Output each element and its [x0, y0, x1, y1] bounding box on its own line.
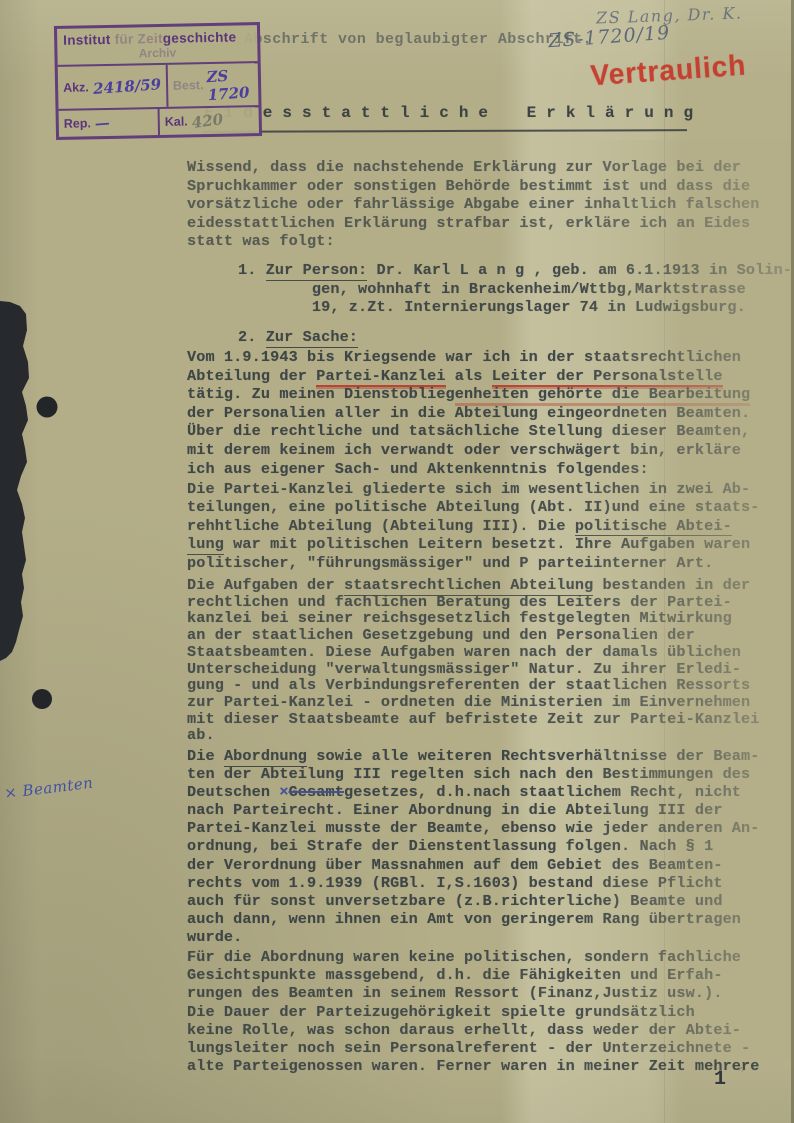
ink-blot — [0, 301, 29, 661]
typed-line: auch dann, wenn ihnen ein Amt von gering… — [187, 910, 760, 928]
para-taetigkeit: Vom 1.9.1943 bis Kriegsende war ich in d… — [187, 348, 750, 478]
typed-line: Vom 1.9.1943 bis Kriegsende war ich in d… — [187, 348, 750, 367]
typed-line: zur Partei-Kanzlei - ordneten die Minist… — [187, 694, 760, 711]
typed-line: Die Abordnung sowie alle weiteren Rechts… — [187, 747, 760, 765]
typed-line: Die Aufgaben der staatsrechtlichen Abtei… — [187, 577, 760, 594]
title-underline — [203, 129, 687, 133]
typed-line: lung war mit politischen Leitern besetzt… — [187, 535, 760, 553]
typed-line: rungen des Beamten in seinem Ressort (Fi… — [187, 984, 760, 1002]
typed-line: Über die rechtliche und tatsächliche Ste… — [187, 422, 750, 441]
typed-line: gung - und als Verbindungsreferenten der… — [187, 677, 760, 694]
para-abordnung: Die Abordnung sowie alle weiteren Rechts… — [187, 747, 760, 946]
handwritten-file-number: ZS-1720/19 — [547, 22, 671, 52]
typed-line: Die Dauer der Parteizugehörigkeit spielt… — [187, 1003, 760, 1021]
kal-cell: Kal. 420 — [158, 107, 259, 135]
best-label: Best. — [173, 78, 204, 93]
typed-line: Staatsbeamten. Diese Aufgaben waren nach… — [187, 644, 760, 661]
stamp-text-faded: für Zeit — [110, 31, 162, 47]
typed-line: Wissend, dass die nachstehende Erklärung… — [187, 158, 760, 177]
typed-line: ab. — [187, 727, 760, 744]
akz-label: Akz. — [63, 80, 89, 94]
para-abordnung-gruende: Für die Abordnung waren keine politische… — [187, 948, 760, 1075]
typed-line: an der staatlichen Gesetzgebung und den … — [187, 627, 760, 644]
typed-line: statt was folgt: — [187, 232, 760, 251]
typed-line: rehhtliche Abteilung (Abteilung III). Di… — [187, 517, 760, 535]
typed-line: Spruchkammer oder sonstigen Behörde best… — [187, 177, 760, 196]
typed-line: vorsätzliche oder fahrlässige Abgabe ein… — [187, 195, 760, 214]
rep-label: Rep. — [64, 116, 91, 131]
typed-line: keine Rolle, was schon daraus erhellt, d… — [187, 1021, 760, 1039]
typed-line: nach Parteirecht. Einer Abordnung in die… — [187, 801, 760, 819]
typed-line: Für die Abordnung waren keine politische… — [187, 948, 760, 966]
typed-line: ich aus eigener Sach- und Aktenkenntnis … — [187, 460, 750, 479]
para-gliederung: Die Partei-Kanzlei gliederte sich im wes… — [187, 480, 760, 572]
typed-line: ten der Abteilung III regelten sich nach… — [187, 765, 760, 783]
typed-line: rechtlichen und fachlichen Beratung des … — [187, 594, 760, 611]
typed-line: Unterscheidung "verwaltungsmässiger" Nat… — [187, 661, 760, 678]
para-aufgaben: Die Aufgaben der staatsrechtlichen Abtei… — [187, 577, 760, 744]
section-sache-heading: 2. Zur Sache: — [238, 328, 358, 347]
typed-line: teilungen, eine politische Abteilung (Ab… — [187, 498, 760, 516]
typed-line: Partei-Kanzlei musste der Beamte, ebenso… — [187, 819, 760, 837]
typed-line: Die Partei-Kanzlei gliederte sich im wes… — [187, 480, 760, 498]
kal-label: Kal. — [165, 114, 188, 128]
typed-line: tätig. Zu meinen Dienstobliegenheiten ge… — [187, 385, 750, 404]
rep-value-handwritten: — — [94, 114, 110, 133]
best-cell: Best. ZS 1720 — [166, 63, 259, 107]
oath-preamble: Wissend, dass die nachstehende Erklärung… — [187, 158, 760, 251]
typed-line: Gesichtspunkte massgebend, d.h. die Fähi… — [187, 966, 760, 984]
best-value-handwritten: ZS 1720 — [206, 65, 254, 104]
typed-line: politischer, "führungsmässiger" und P pa… — [187, 554, 760, 572]
confidential-stamp: Vertraulich — [589, 50, 747, 94]
archive-stamp-row-rep-kal: Rep. — Kal. 420 — [59, 105, 260, 137]
typed-line: der Personalien aller in die Abteilung e… — [187, 404, 750, 423]
archive-stamp: Institut für Zeitgeschichte Archiv Akz. … — [54, 22, 262, 140]
typed-line: alte Parteigenossen waren. Ferner waren … — [187, 1057, 760, 1075]
typed-line: auch für sonst unversetzbare (z.B.richte… — [187, 892, 760, 910]
typed-line: der Verordnung über Massnahmen auf dem G… — [187, 856, 760, 874]
typed-line: 2. Zur Sache: — [238, 328, 358, 347]
typed-line: rechts vom 1.9.1939 (RGBl. I,S.1603) bes… — [187, 874, 760, 892]
typed-line: ordnung, bei Strafe der Dienstentlassung… — [187, 837, 760, 855]
punch-hole-bottom — [32, 689, 52, 709]
typed-line: 1. Zur Person: Dr. Karl L a n g , geb. a… — [238, 261, 792, 280]
typed-line: mit derem keinem ich verwandt oder versc… — [187, 441, 750, 460]
handwritten-margin-correction: × Beamten — [3, 774, 94, 803]
typed-line: lungsleiter noch sein Personalreferent -… — [187, 1039, 760, 1057]
akz-cell: Akz. 2418/59 — [58, 65, 167, 109]
typed-line: Deutschen ×Gesamtgesetzes, d.h.nach staa… — [187, 783, 760, 801]
typed-line: 19, z.Zt. Internierungslager 74 in Ludwi… — [238, 298, 792, 317]
copy-note: Abschrift von beglaubigter Abschrift. — [244, 31, 592, 48]
typed-line: kanzlei bei seiner reichsgesetzlich fest… — [187, 610, 760, 627]
typed-line: gen, wohnhaft in Brackenheim/Wttbg,Markt… — [238, 280, 792, 299]
scanned-affidavit-page: { "header": { "copy_note": "Abschrift vo… — [0, 0, 794, 1123]
kal-value-handwritten: 420 — [191, 110, 224, 132]
punch-hole-top — [37, 397, 58, 418]
page-number: 1 — [714, 1068, 726, 1091]
typed-line: eidesstattlichen Erklärung strafbar ist,… — [187, 214, 760, 233]
archive-stamp-row-akz-best: Akz. 2418/59 Best. ZS 1720 — [58, 61, 259, 109]
typed-line: mit dieser Staatsbeamte auf befristete Z… — [187, 711, 760, 728]
stamp-text: Institut — [63, 32, 111, 48]
document-title: Eidesstattliche Erklärung — [204, 104, 703, 122]
stamp-text: geschichte — [163, 29, 237, 45]
akz-value-handwritten: 2418/59 — [92, 75, 161, 98]
typed-line: wurde. — [187, 928, 760, 946]
rep-cell: Rep. — — [59, 109, 158, 137]
section-person: 1. Zur Person: Dr. Karl L a n g , geb. a… — [238, 261, 792, 317]
typed-line: Abteilung der Partei-Kanzlei als Leiter … — [187, 367, 750, 386]
